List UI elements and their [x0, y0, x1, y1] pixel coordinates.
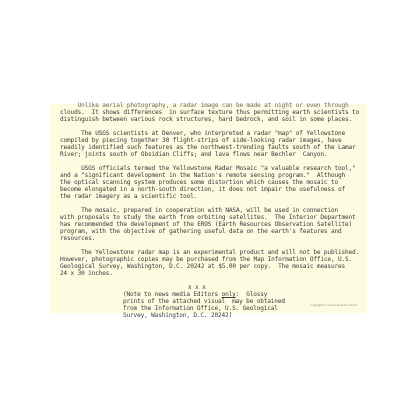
- note-text: (Note to news media: [123, 291, 193, 298]
- text-line: clouds. It shows differences in surface …: [60, 109, 365, 116]
- document-page: Unlike aerial photography, a radar image…: [50, 104, 367, 313]
- paragraph-officials: USGS officials termed the Yellowstone Ra…: [60, 165, 365, 200]
- text-line: compiled by piecing together 30 flight-s…: [60, 137, 365, 144]
- paragraph-availability: The Yellowstone radar map is an experime…: [60, 249, 365, 277]
- document-body: Unlike aerial photography, a radar image…: [60, 104, 365, 319]
- note-editors: Editors: [193, 291, 218, 298]
- text-line: the radar imagery as a scientific tool.: [60, 193, 365, 200]
- text-line: Geological Survey, Washington, D.C. 2024…: [60, 263, 365, 270]
- text-line: with proposals to study the earth from o…: [60, 214, 365, 221]
- text-line: become elongated in a north-south direct…: [60, 186, 365, 193]
- section-separator: x x x: [60, 284, 365, 291]
- text-line: readily identified such features as the …: [60, 144, 365, 151]
- text-line: The USGS scientists at Denver, who inter…: [60, 130, 365, 137]
- paragraph-scientists: The USGS scientists at Denver, who inter…: [60, 130, 365, 158]
- text-line: 24 x 30 inches.: [60, 270, 365, 277]
- note-text: : Glossy: [236, 291, 268, 298]
- text-line: has recommended the development of the E…: [60, 221, 365, 228]
- text-line: the optical scanning system produces som…: [60, 179, 365, 186]
- text-line: resources.: [60, 235, 365, 242]
- note-line: (Note to news media Editors only: Glossy: [123, 291, 365, 298]
- paragraph-mosaic: The mosaic, prepared in cooperation with…: [60, 207, 365, 242]
- note-only-underlined: only: [222, 291, 236, 298]
- text-line: However, photographic copies may be purc…: [60, 256, 365, 263]
- text-line: program, with the objective of gathering…: [60, 228, 365, 235]
- paragraph-intro: Unlike aerial photography, a radar image…: [60, 102, 365, 123]
- text-line: USGS officials termed the Yellowstone Ra…: [60, 165, 365, 172]
- text-line: River; joints south of Obsidian Cliffs; …: [60, 151, 365, 158]
- text-line: distinguish between various rock structu…: [60, 116, 365, 123]
- text-line: and a "significant development in the Na…: [60, 172, 365, 179]
- copyright-notice: Copyright (c) Government Document: [311, 304, 357, 307]
- note-line: Survey, Washington, D.C. 20242): [123, 312, 365, 319]
- text-line: The Yellowstone radar map is an experime…: [60, 249, 365, 256]
- text-line: The mosaic, prepared in cooperation with…: [60, 207, 365, 214]
- text-line: Unlike aerial photography, a radar image…: [60, 102, 365, 109]
